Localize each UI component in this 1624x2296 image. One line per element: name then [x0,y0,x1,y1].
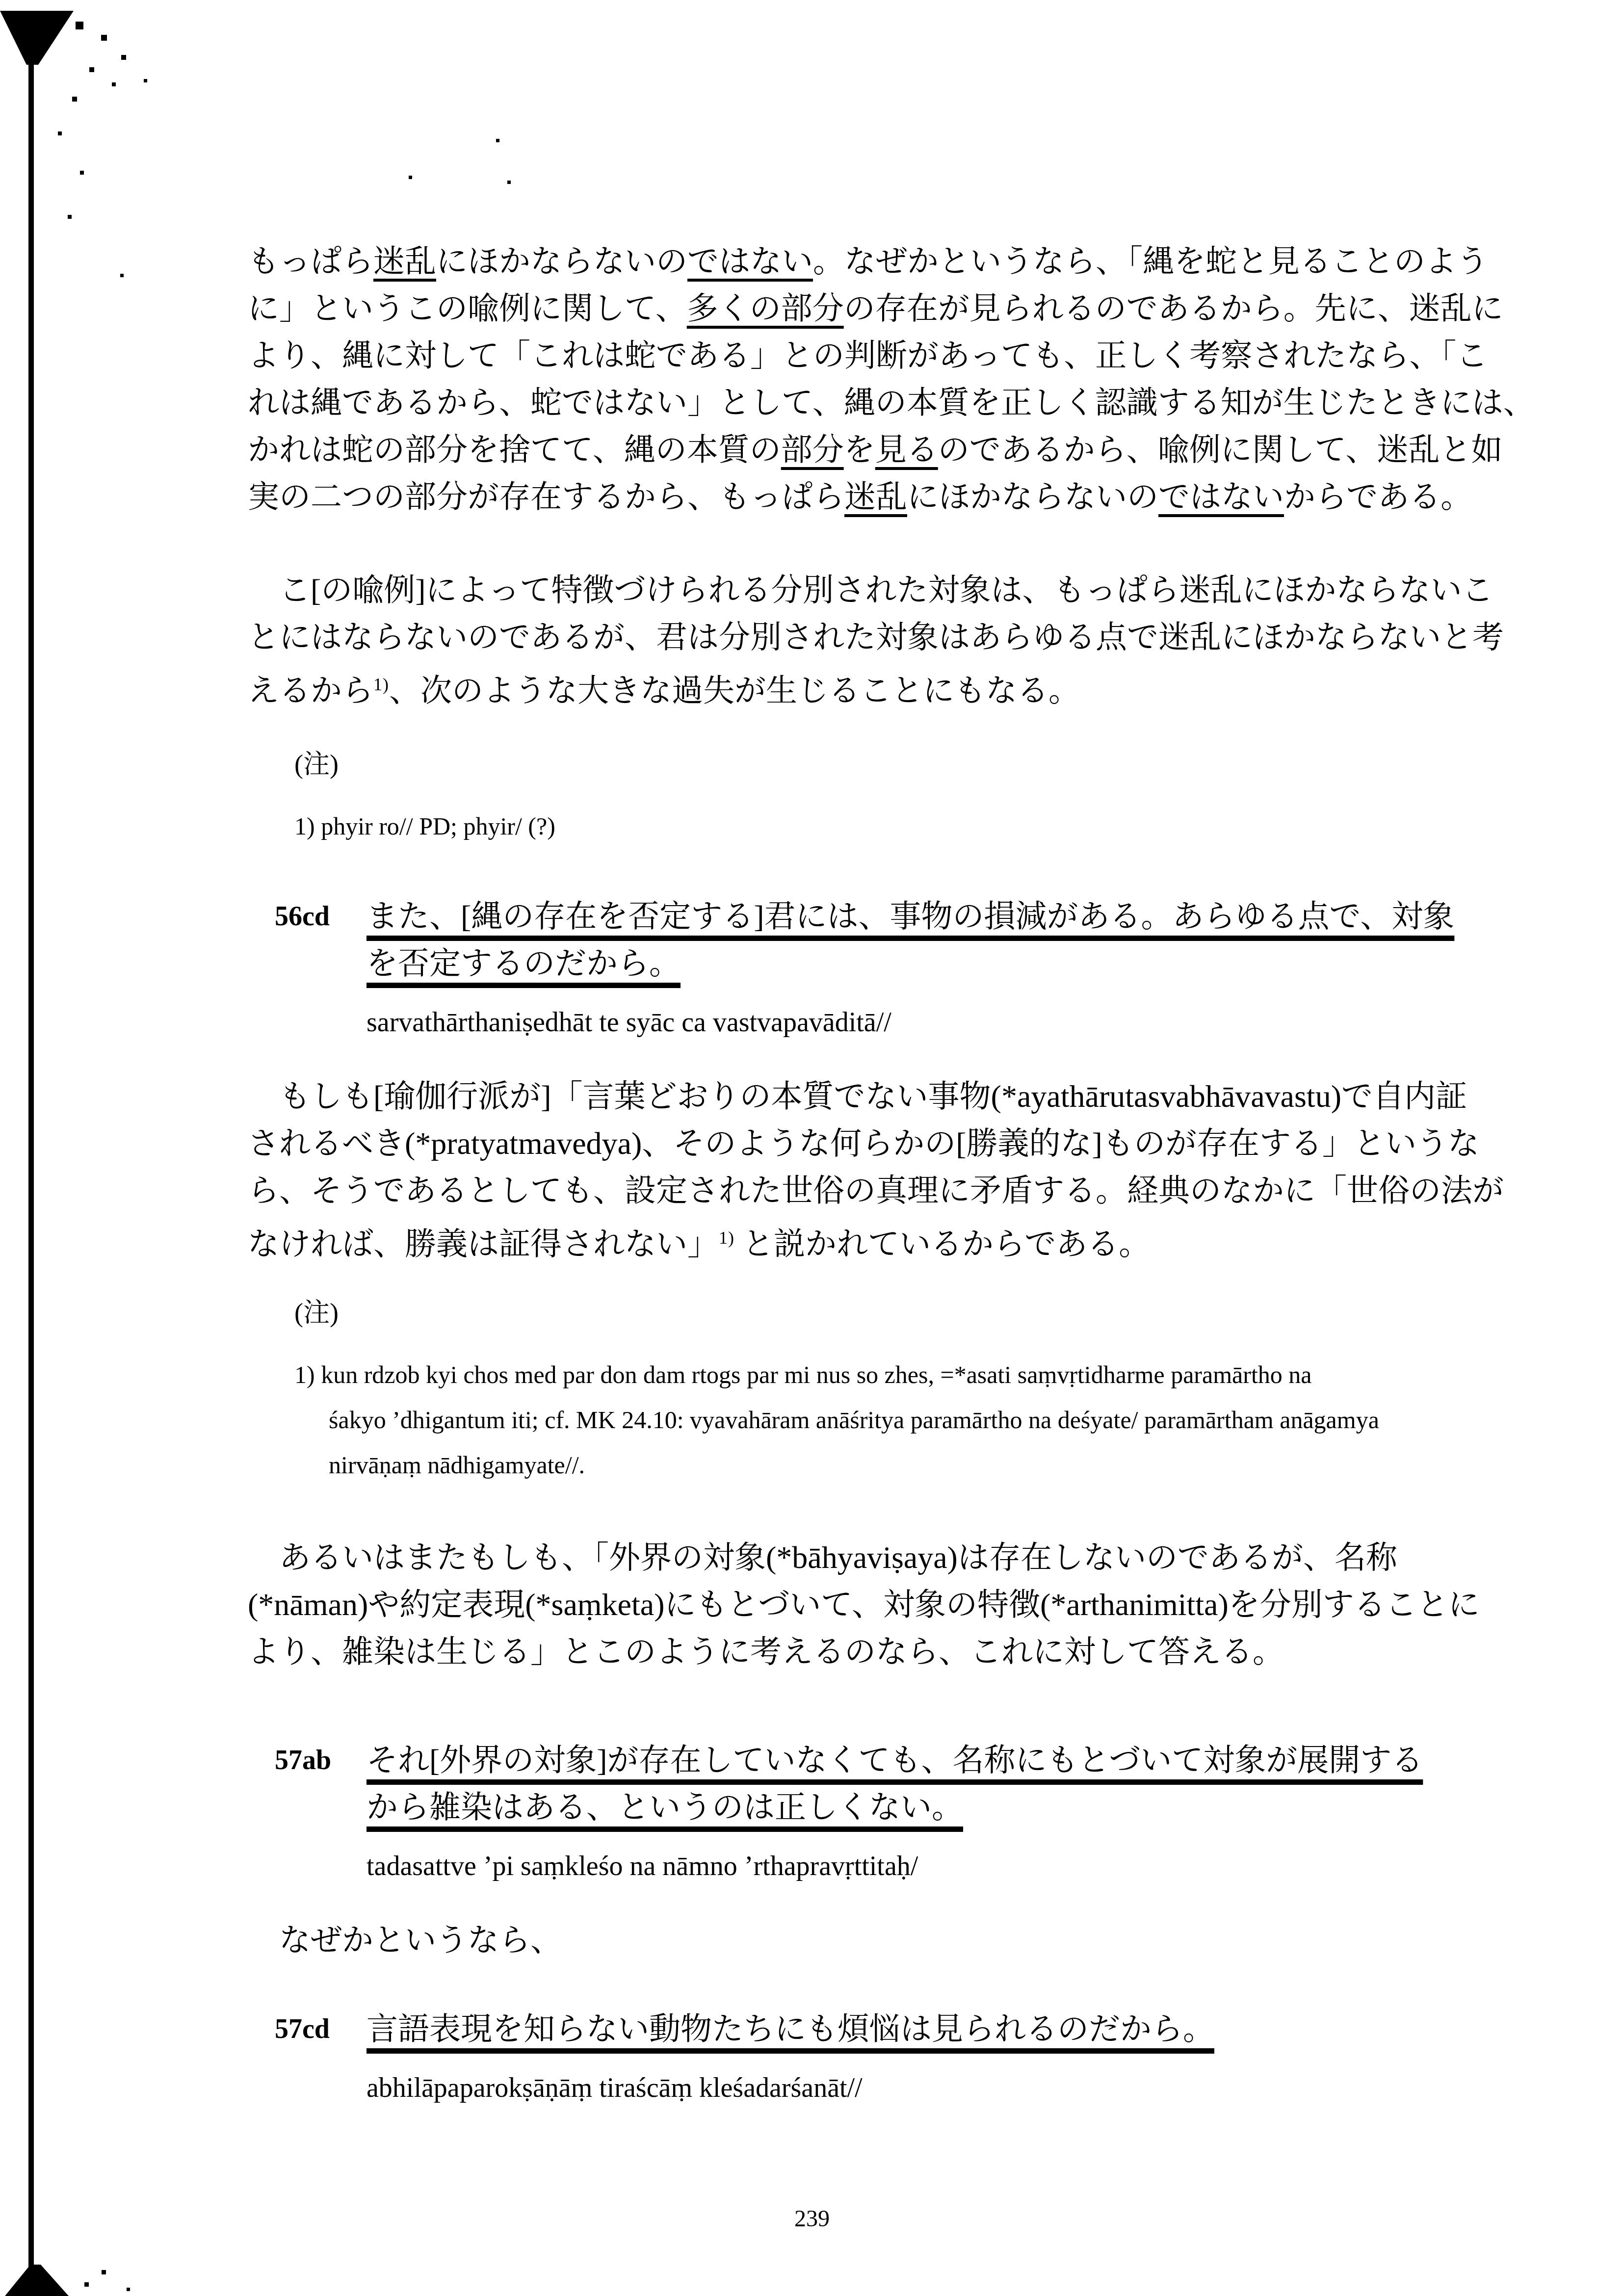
note-heading: (注) [294,1296,1533,1330]
text-line: もしも[瑜伽行派が]「言葉どおりの本質でない事物(*ayathārutasvab… [248,1073,1533,1120]
text-segment: こ[の喩例]によって特徴づけられる分別された対象は、もっぱら迷乱にほかならないこ [279,573,1493,607]
text-segment: えるから [248,673,373,708]
text-line: こ[の喩例]によって特徴づけられる分別された対象は、もっぱら迷乱にほかならないこ [248,567,1533,614]
verse-57ab: 57abそれ[外界の対象]が存在していなくても、名称にもとづいて対象が展開するか… [248,1737,1533,1885]
verse-line: を否定するのだから。 [367,940,1533,987]
text-segment: されるべき(*pratyatmavedya)、そのような何らかの[勝義的な]もの… [248,1126,1479,1161]
text-segment: にほかならないの [907,479,1158,514]
underlined-text: ではない [1158,479,1284,514]
text-segment: かれは蛇の部分を捨てて、縄の本質の [248,432,781,467]
scan-artifact-corner-wedge [0,11,74,65]
verse-text: 言語表現を知らない動物たちにも煩悩は見られるのだから。 [367,2006,1533,2053]
text-segment: に」というこの喩例に関して、 [248,291,687,326]
verse-text: それ[外界の対象]が存在していなくても、名称にもとづいて対象が展開するから雑染は… [367,1737,1533,1831]
scan-artifact-speckle-halo [0,10,2,12]
paragraph-yogacara-objection: もしも[瑜伽行派が]「言葉どおりの本質でない事物(*ayathārutasvab… [248,1073,1533,1261]
note-heading: (注) [294,747,1533,782]
footnote-line: 1) phyir ro// PD; phyir/ (?) [294,804,1533,849]
text-segment: を [844,432,875,467]
page-number: 239 [0,2205,1624,2232]
text-line: に」というこの喩例に関して、多くの部分の存在が見られるのであるから。先に、迷乱に [248,285,1533,332]
text-segment: 、次のような大きな過失が生じることにもなる。 [389,673,1080,708]
text-line: なぜかというなら、 [248,1917,1533,1964]
text-segment: と説かれているからである。 [734,1226,1150,1261]
verse-line: から雑染はある、というのは正しくない。 [367,1784,1533,1831]
underlined-text: 言語表現を知らない動物たちにも煩悩は見られるのだから。 [367,2011,1214,2046]
verse-label: 57ab [275,1737,331,1784]
text-line: もっぱら迷乱にほかならないのではない。なぜかというなら、「縄を蛇と見ることのよう [248,238,1533,285]
text-segment: 1) phyir ro// PD; phyir/ (?) [294,812,555,840]
text-line: されるべき(*pratyatmavedya)、そのような何らかの[勝義的な]もの… [248,1120,1533,1167]
underlined-text: また、[縄の存在を否定する]君には、事物の損減がある。あらゆる点で、対象 [367,899,1454,934]
text-segment: より、雑染は生じる」とこのように考えるのなら、これに対して答える。 [248,1634,1284,1669]
text-segment: とにはならないのであるが、君は分別された対象はあらゆる点で迷乱にほかならないと考 [248,620,1504,654]
text-segment: の存在が見られるのであるから。先に、迷乱に [844,291,1503,326]
paragraph-conceptualized-object: こ[の喩例]によって特徴づけられる分別された対象は、もっぱら迷乱にほかならないこ… [248,567,1533,708]
verse-56cd: 56cdまた、[縄の存在を否定する]君には、事物の損減がある。あらゆる点で、対象… [248,893,1533,1041]
text-segment: 。なぜかというなら、「縄を蛇と見ることのよう [813,244,1488,279]
underlined-text: 迷乱 [844,479,907,514]
verse-line: それ[外界の対象]が存在していなくても、名称にもとづいて対象が展開する [367,1737,1533,1784]
text-line: より、雑染は生じる」とこのように考えるのなら、これに対して答える。 [248,1628,1533,1675]
verse-line: また、[縄の存在を否定する]君には、事物の損減がある。あらゆる点で、対象 [367,893,1533,940]
footnote-line: nirvāṇaṃ nādhigamyate//. [329,1442,1533,1487]
verse-label: 56cd [275,893,330,940]
verse-57cd: 57cd言語表現を知らない動物たちにも煩悩は見られるのだから。abhilāpap… [248,2006,1533,2107]
text-segment: のであるから、喩例に関して、迷乱と如 [938,432,1503,467]
underlined-text: 多くの部分 [687,291,844,326]
underlined-text: 見る [875,432,938,467]
text-line: (*nāman)や約定表現(*saṃketa)にもとづいて、対象の特徴(*art… [248,1581,1533,1628]
sanskrit-line: tadasattve ’pi saṃkleśo na nāmno ’rthapr… [367,1848,1533,1885]
text-segment: より、縄に対して「これは蛇である」との判断があっても、正しく考察されたなら、「こ [248,338,1488,373]
footnote-reference: 1) [719,1228,734,1248]
text-column: もっぱら迷乱にほかならないのではない。なぜかというなら、「縄を蛇と見ることのよう… [248,0,1533,2107]
underlined-text: を否定するのだから。 [367,946,681,981]
underlined-text: ではない [687,244,813,279]
paragraph-external-object: あるいはまたもしも、「外界の対象(*bāhyaviṣaya)は存在しないのである… [248,1534,1533,1675]
footnote-block: 1) kun rdzob kyi chos med par don dam rt… [248,1352,1533,1487]
scan-artifact-binding-line [28,47,34,2296]
text-segment: 1) kun rdzob kyi chos med par don dam rt… [294,1361,1312,1388]
text-line: なければ、勝義は証得されない」1) と説かれているからである。 [248,1214,1533,1261]
text-line: 実の二つの部分が存在するから、もっぱら迷乱にほかならないのではないからである。 [248,473,1533,521]
text-line: あるいはまたもしも、「外界の対象(*bāhyaviṣaya)は存在しないのである… [248,1534,1533,1581]
verse-line: 言語表現を知らない動物たちにも煩悩は見られるのだから。 [367,2006,1533,2053]
footnote-reference: 1) [373,675,389,694]
text-segment: からである。 [1284,479,1472,514]
scanned-document-page: もっぱら迷乱にほかならないのではない。なぜかというなら、「縄を蛇と見ることのよう… [0,0,1624,2296]
text-segment: (*nāman)や約定表現(*saṃketa)にもとづいて、対象の特徴(*art… [248,1587,1480,1622]
text-line: かれは蛇の部分を捨てて、縄の本質の部分を見るのであるから、喩例に関して、迷乱と如 [248,426,1533,473]
scan-artifact-specks [0,0,1,1]
text-segment: なぜかというなら、 [279,1923,562,1957]
text-line: より、縄に対して「これは蛇である」との判断があっても、正しく考察されたなら、「こ [248,332,1533,379]
text-segment: なければ、勝義は証得されない」 [248,1226,719,1261]
text-segment: あるいはまたもしも、「外界の対象(*bāhyaviṣaya)は存在しないのである… [279,1540,1397,1575]
footnote-block: 1) phyir ro// PD; phyir/ (?) [248,804,1533,849]
paragraph-nazeka: なぜかというなら、 [248,1917,1533,1964]
underlined-text: それ[外界の対象]が存在していなくても、名称にもとづいて対象が展開する [367,1743,1423,1777]
text-segment: もっぱら [248,244,373,279]
text-segment: nirvāṇaṃ nādhigamyate//. [329,1451,585,1479]
paragraph-rope-snake: もっぱら迷乱にほかならないのではない。なぜかというなら、「縄を蛇と見ることのよう… [248,238,1533,521]
underlined-text: から雑染はある、というのは正しくない。 [367,1790,963,1825]
text-segment: もしも[瑜伽行派が]「言葉どおりの本質でない事物(*ayathārutasvab… [279,1079,1467,1114]
text-segment: 実の二つの部分が存在するから、もっぱら [248,479,844,514]
sanskrit-line: sarvathārthaniṣedhāt te syāc ca vastvapa… [367,1004,1533,1041]
sanskrit-line: abhilāpaparokṣāṇāṃ tiraścāṃ kleśadarśanā… [367,2070,1533,2107]
scan-artifact-bottom-flare [5,2265,69,2296]
text-line: えるから1)、次のような大きな過失が生じることにもなる。 [248,661,1533,708]
verse-text: また、[縄の存在を否定する]君には、事物の損減がある。あらゆる点で、対象を否定す… [367,893,1533,987]
footnote-line: śakyo ’dhigantum iti; cf. MK 24.10: vyav… [329,1397,1533,1442]
underlined-text: 部分 [781,432,844,467]
text-segment: ら、そうであるとしても、設定された世俗の真理に矛盾する。経典のなかに「世俗の法が [248,1173,1504,1208]
verse-label: 57cd [275,2006,330,2053]
text-segment: にほかならないの [436,244,687,279]
text-line: とにはならないのであるが、君は分別された対象はあらゆる点で迷乱にほかならないと考 [248,614,1533,661]
text-line: ら、そうであるとしても、設定された世俗の真理に矛盾する。経典のなかに「世俗の法が [248,1167,1533,1214]
footnote-line: 1) kun rdzob kyi chos med par don dam rt… [294,1352,1533,1397]
underlined-text: 迷乱 [373,244,436,279]
text-line: れは縄であるから、蛇ではない」として、縄の本質を正しく認識する知が生じたときには… [248,379,1533,426]
text-segment: れは縄であるから、蛇ではない」として、縄の本質を正しく認識する知が生じたときには… [248,385,1535,420]
text-segment: śakyo ’dhigantum iti; cf. MK 24.10: vyav… [329,1406,1379,1434]
